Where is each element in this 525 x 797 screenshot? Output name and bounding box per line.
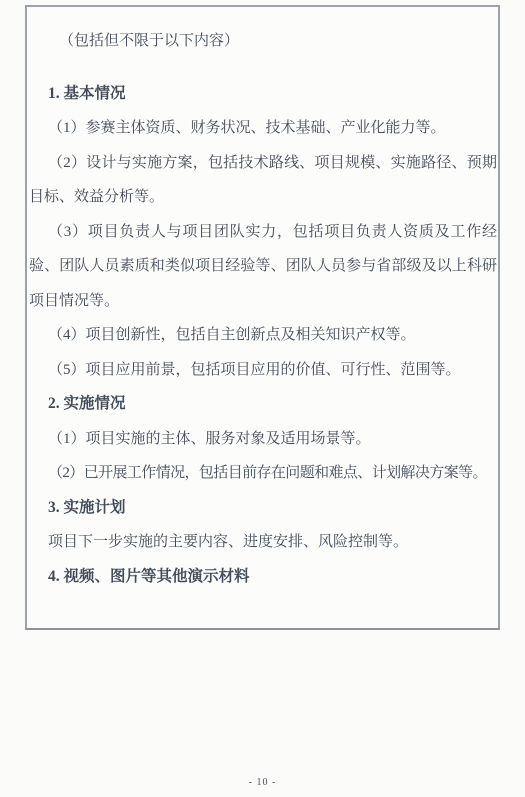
section-3-heading: 3. 实施计划 [29,491,497,526]
section-1-item-1: （1）参赛主体资质、财务状况、技术基础、产业化能力等。 [29,111,497,146]
content-table-cell: （包括但不限于以下内容） 1. 基本情况 （1）参赛主体资质、财务状况、技术基础… [25,5,500,630]
section-2-item-2: （2）已开展工作情况，包括目前存在问题和难点、计划解决方案等。 [29,456,497,491]
document-sheet: （包括但不限于以下内容） 1. 基本情况 （1）参赛主体资质、财务状况、技术基础… [0,0,525,797]
section-1-heading: 1. 基本情况 [29,77,497,112]
intro-note: （包括但不限于以下内容） [29,24,497,59]
section-1-item-4: （4）项目创新性，包括自主创新点及相关知识产权等。 [29,318,497,353]
section-2-heading: 2. 实施情况 [29,387,497,422]
section-4-heading: 4. 视频、图片等其他演示材料 [29,560,497,595]
page-number: - 10 - [0,777,525,788]
section-1-item-2: （2）设计与实施方案，包括技术路线、项目规模、实施路径、预期目标、效益分析等。 [29,146,497,215]
section-1-item-5: （5）项目应用前景，包括项目应用的价值、可行性、范围等。 [29,353,497,388]
scanned-document-page: { "content": { "intro": "（包括但不限于以下内容）", … [0,0,525,797]
section-2-item-1: （1）项目实施的主体、服务对象及适用场景等。 [29,422,497,457]
section-1-item-3: （3）项目负责人与项目团队实力，包括项目负责人资质及工作经验、团队人员素质和类似… [29,215,497,319]
section-3-item-1: 项目下一步实施的主要内容、进度安排、风险控制等。 [29,525,497,560]
